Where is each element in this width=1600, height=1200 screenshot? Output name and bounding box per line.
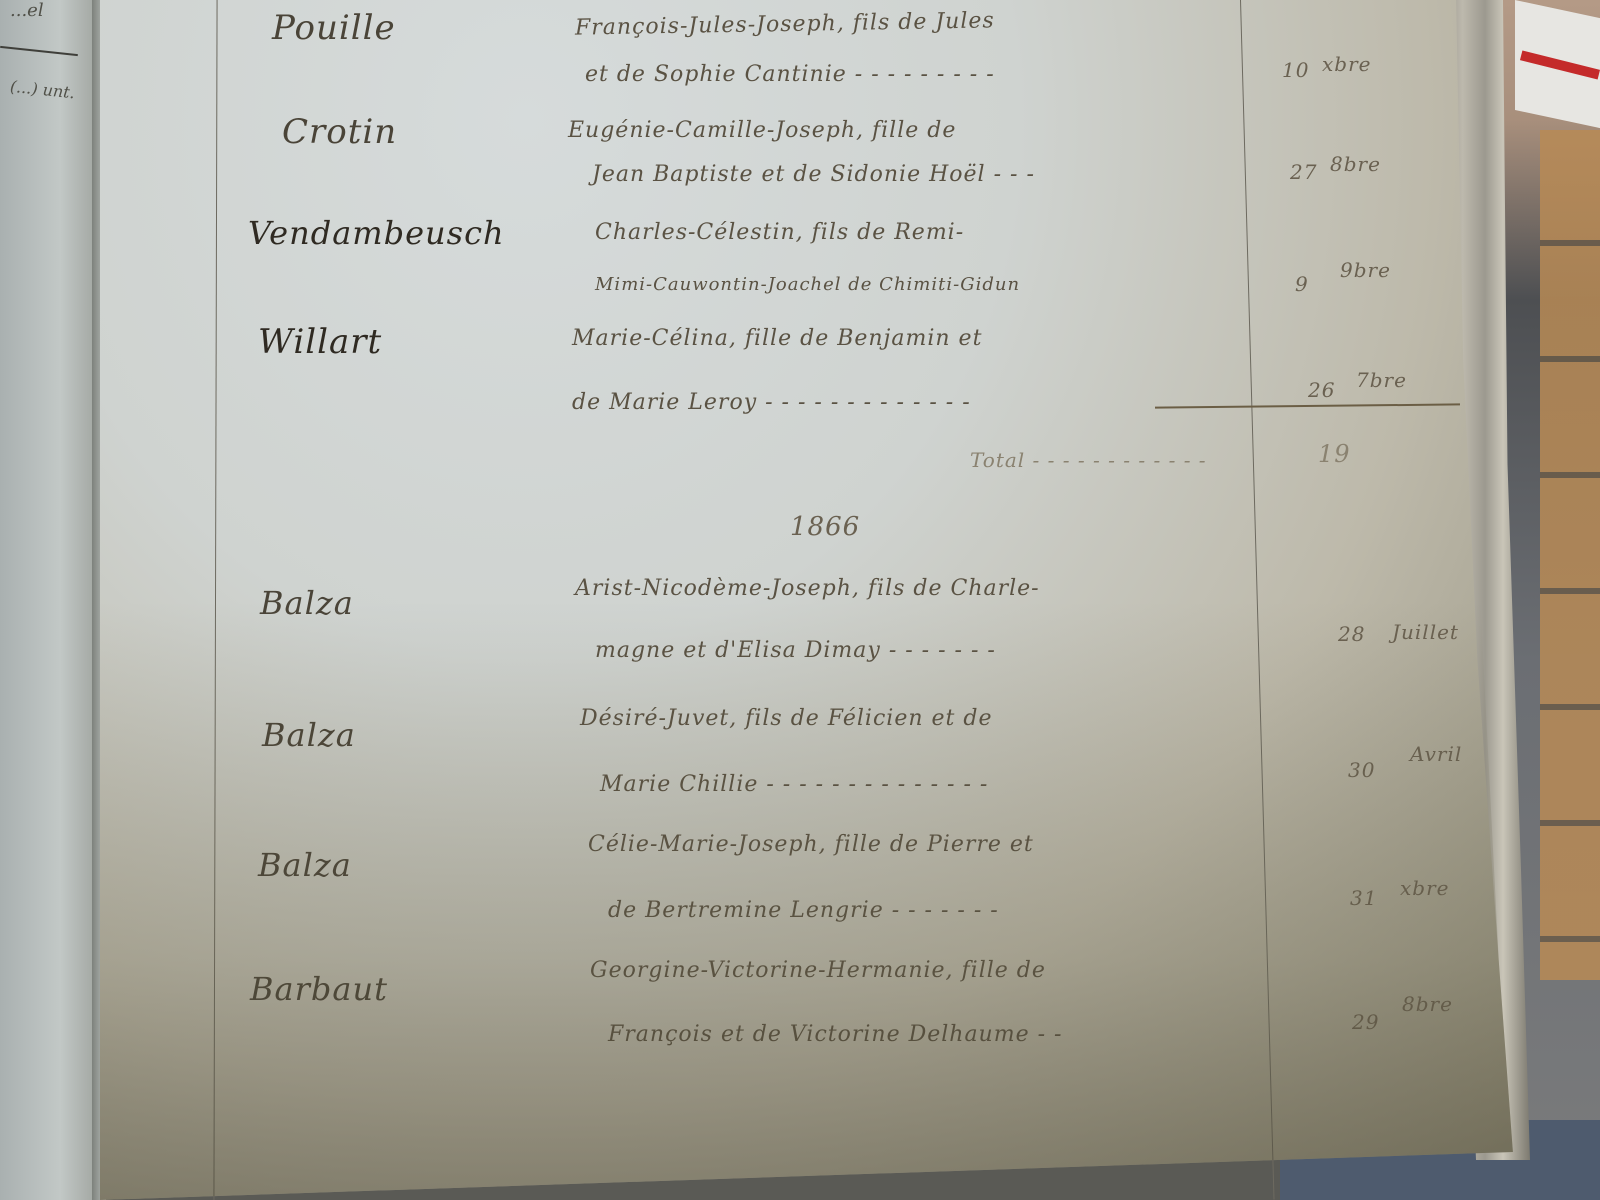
entry-day: 28 [1338,622,1365,646]
left-page-fragment: (...) unt. [9,77,76,103]
left-page-fragment-top: ...el [10,0,44,21]
entry-given-line-2: de Bertremine Lengrie - - - - - - - [608,898,999,923]
total-label: Total - - - - - - - - - - - - [970,448,1207,472]
entry-month: Juillet [1392,620,1459,644]
entry-given-line-1: Georgine-Victorine-Hermanie, fille de [590,958,1046,983]
entry-day: 10 [1282,58,1309,82]
entry-surname: Barbaut [250,970,388,1008]
entry-surname: Vendambeusch [248,214,505,252]
entry-given-line-2: magne et d'Elisa Dimay - - - - - - - [595,638,996,663]
entry-given-line-2: François et de Victorine Delhaume - - [608,1022,1062,1047]
entry-month: 8bre [1402,992,1453,1016]
entry-given-line-1: Eugénie-Camille-Joseph, fille de [568,118,956,143]
entry-given-line-1: Célie-Marie-Joseph, fille de Pierre et [588,832,1034,857]
entry-surname: Crotin [282,112,397,152]
year-heading: 1866 [790,512,860,542]
left-page: ...el (...) unt. [0,0,100,1200]
entry-given-line-1: Marie-Célina, fille de Benjamin et [572,326,982,351]
entry-day: 29 [1352,1010,1379,1034]
entry-given-line-2: et de Sophie Cantinie - - - - - - - - - [585,62,995,87]
entry-day: 27 [1290,160,1317,184]
total-value: 19 [1318,440,1351,468]
entry-given-line-1: Charles-Célestin, fils de Remi- [595,220,964,245]
entry-surname: Willart [258,322,382,362]
entry-given-line-2: Mimi-Cauwontin-Joachel de Chimiti-Gidun [595,274,1020,295]
entry-month: xbre [1400,876,1449,900]
entry-day: 30 [1348,758,1375,782]
entry-day: 9 [1295,272,1309,296]
entry-given-line-2: de Marie Leroy - - - - - - - - - - - - - [572,390,971,415]
entry-month: 9bre [1340,258,1391,282]
entry-month: Avril [1410,742,1462,766]
entry-surname: Balza [258,846,352,884]
entry-surname: Balza [260,584,354,622]
entry-day: 26 [1308,378,1335,402]
entry-month: 8bre [1330,152,1381,176]
entry-month: 7bre [1356,368,1407,392]
entry-surname: Pouille [272,8,396,48]
entry-surname: Balza [262,716,356,754]
entry-given-line-1: Désiré-Juvet, fils de Félicien et de [580,706,992,731]
background-floor-tiles [1540,130,1600,980]
entry-day: 31 [1350,886,1377,910]
entry-given-line-1: Arist-Nicodème-Joseph, fils de Charle- [575,576,1040,601]
entry-given-line-2: Jean Baptiste et de Sidonie Hoël - - - [592,162,1035,187]
entry-given-line-2: Marie Chillie - - - - - - - - - - - - - … [600,772,988,797]
entry-month: xbre [1322,52,1371,76]
